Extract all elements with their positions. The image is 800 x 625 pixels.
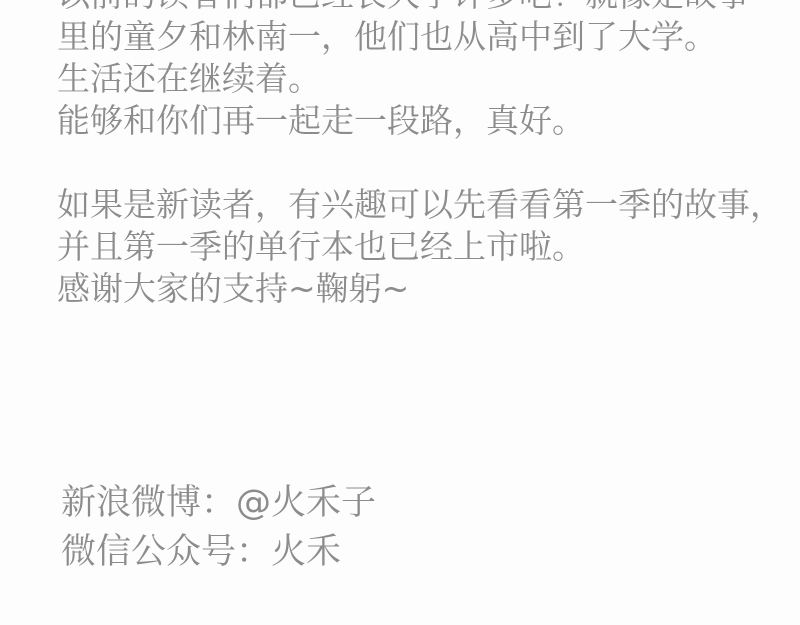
text-line: 如果是新读者，有兴趣可以先看看第一季的故事， <box>57 184 783 226</box>
text-line: 并且第一季的单行本也已经上市啦。 <box>57 226 783 268</box>
afterword-text-block: 以前的读者们都已经长大了许多吧！就像是故事 里的童夕和林南一，他们也从高中到了大… <box>57 0 783 310</box>
afterword-page: 以前的读者们都已经长大了许多吧！就像是故事 里的童夕和林南一，他们也从高中到了大… <box>0 0 800 625</box>
text-line: 能够和你们再一起走一段路，真好。 <box>57 100 783 142</box>
text-line: 里的童夕和林南一，他们也从高中到了大学。 <box>57 16 783 58</box>
text-line: 感谢大家的支持~鞠躬~ <box>57 268 783 310</box>
weibo-handle-line: 新浪微博：@火禾子 <box>61 479 376 528</box>
afterword-paragraph-2: 如果是新读者，有兴趣可以先看看第一季的故事， 并且第一季的单行本也已经上市啦。 … <box>57 184 783 310</box>
text-line: 生活还在继续着。 <box>57 58 783 100</box>
contact-info-block: 新浪微博：@火禾子 微信公众号：火禾 <box>61 479 376 577</box>
afterword-paragraph-1: 以前的读者们都已经长大了许多吧！就像是故事 里的童夕和林南一，他们也从高中到了大… <box>57 0 783 142</box>
text-line-clipped-top: 以前的读者们都已经长大了许多吧！就像是故事 <box>57 0 783 16</box>
wechat-account-line: 微信公众号：火禾 <box>61 528 376 577</box>
